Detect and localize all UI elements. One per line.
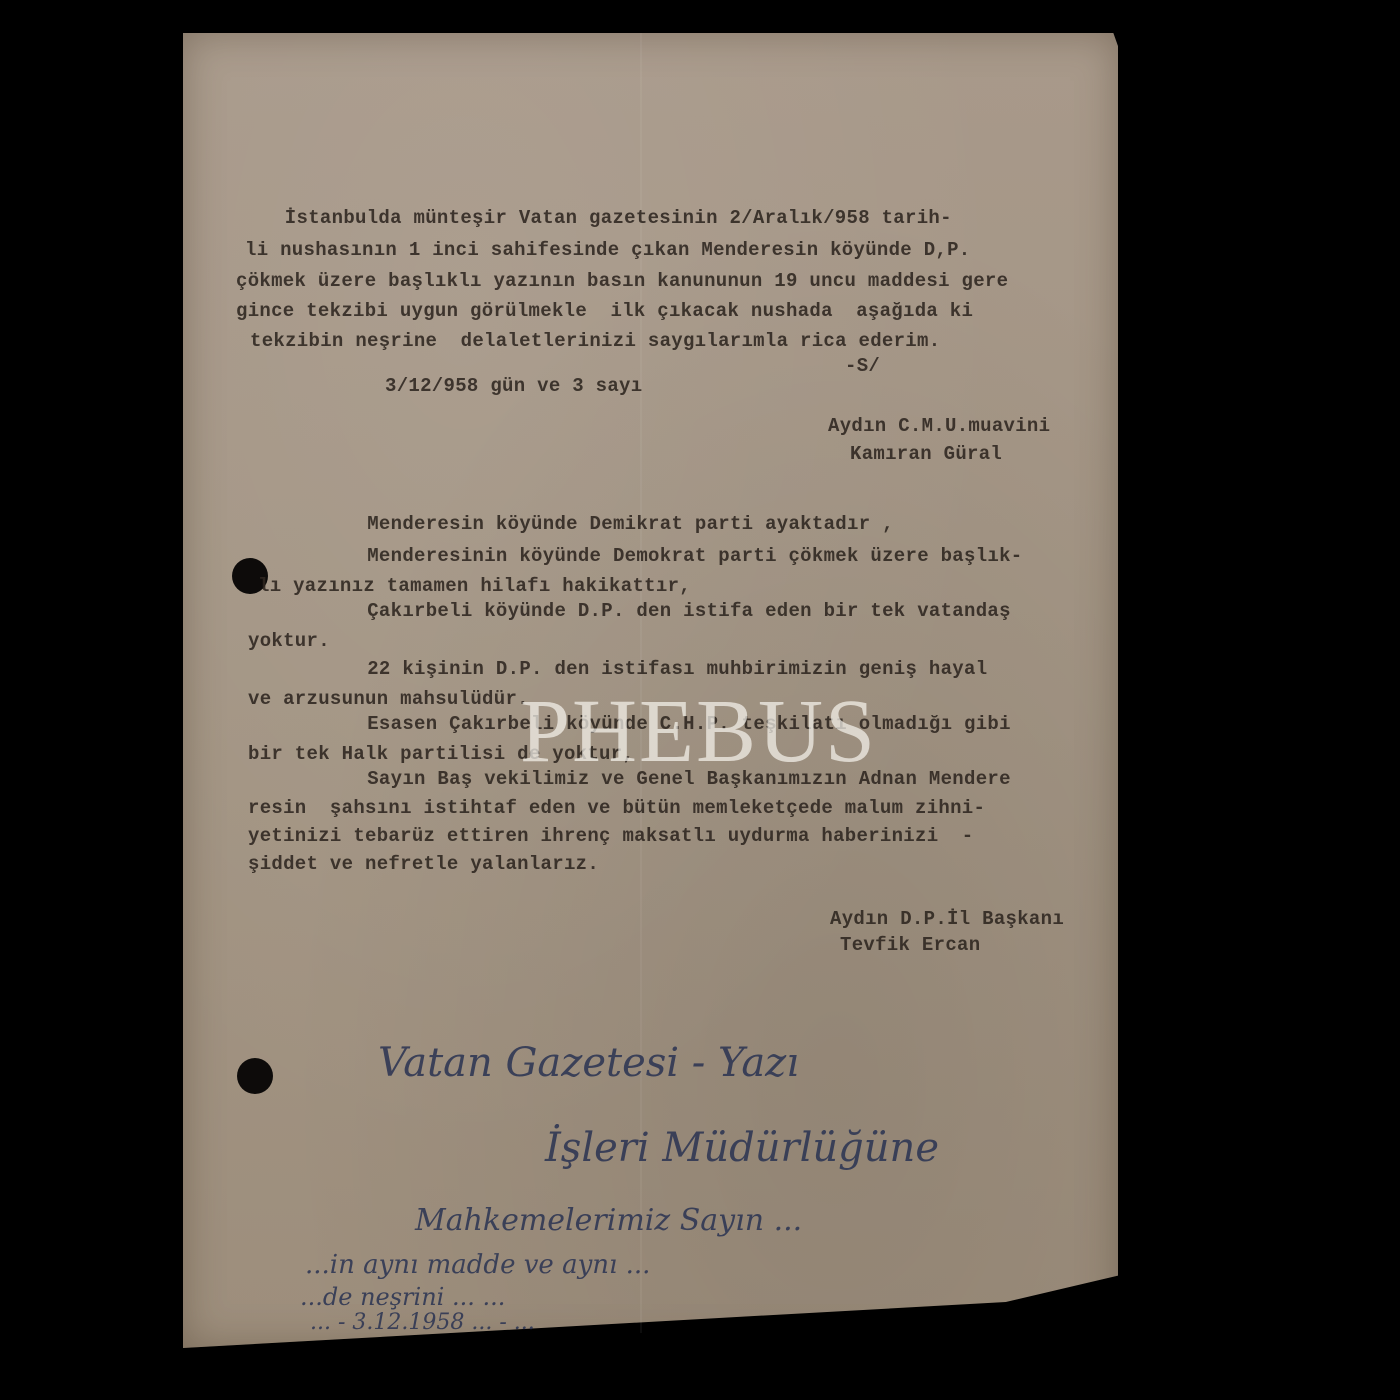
signed-mark: -S/ [845, 355, 880, 377]
body-line: lı yazınız tamamen hilafı hakikattır, [258, 575, 691, 597]
signatory-2-title: Aydın D.P.İl Başkanı [830, 908, 1064, 930]
body-line: Çakırbeli köyünde D.P. den istifa eden b… [297, 600, 1011, 622]
handwritten-note: Mahkemelerimiz Sayın ... [415, 1203, 802, 1238]
punch-hole-bottom [237, 1058, 273, 1094]
body-line: şiddet ve nefretle yalanlarız. [248, 853, 599, 875]
letter-header-line: li nushasının 1 inci sahifesinde çıkan M… [245, 239, 971, 261]
body-line: ve arzusunun mahsulüdür. [248, 688, 529, 710]
body-line: resin şahsını istihtaf eden ve bütün mem… [248, 797, 985, 819]
letter-header-line: çökmek üzere başlıklı yazının basın kanu… [236, 270, 1008, 292]
body-line: yetinizi tebarüz ettiren ihrenç maksatlı… [248, 825, 974, 847]
date-reference: 3/12/958 gün ve 3 sayı [385, 375, 642, 397]
signatory-1-name: Kamıran Güral [850, 443, 1002, 465]
body-line: Menderesinin köyünde Demokrat parti çökm… [297, 545, 1023, 567]
letter-header-line: tekzibin neşrine delaletlerinizi saygıla… [250, 330, 940, 352]
watermark: PHEBUS [520, 680, 877, 783]
letter-header-line: gince tekzibi uygun görülmekle ilk çıkac… [236, 300, 973, 322]
signatory-1-title: Aydın C.M.U.muavini [828, 415, 1050, 437]
body-line: 22 kişinin D.P. den istifası muhbirimizi… [297, 658, 987, 680]
handwritten-note: ...de neşrini ... ... [300, 1283, 505, 1311]
handwritten-note: ... - 3.12.1958 ... - ... [310, 1310, 535, 1335]
letter-header-line: İstanbulda münteşir Vatan gazetesinin 2/… [238, 207, 952, 229]
body-line: Menderesin köyünde Demikrat parti ayakta… [297, 513, 894, 535]
body-line: yoktur. [248, 630, 330, 652]
signatory-2-name: Tevfik Ercan [840, 934, 980, 956]
handwritten-note: İşleri Müdürlüğüne [545, 1125, 939, 1171]
handwritten-note: ...in aynı madde ve aynı ... [305, 1250, 650, 1280]
handwritten-note: Vatan Gazetesi - Yazı [378, 1040, 799, 1086]
